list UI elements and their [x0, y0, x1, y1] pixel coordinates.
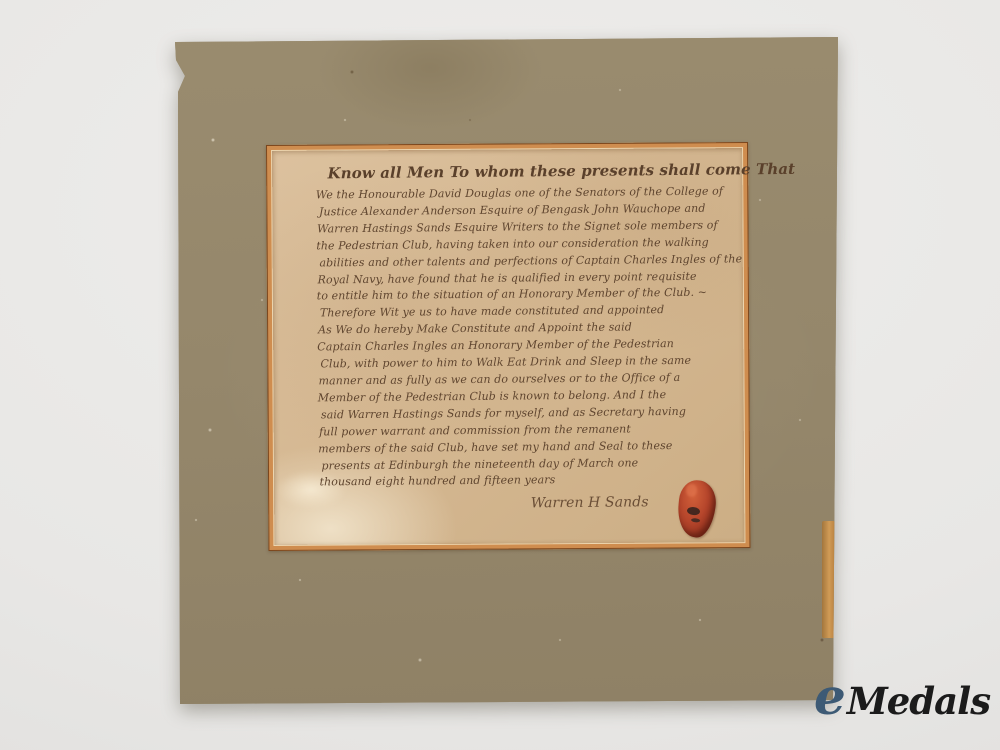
wax-seal [676, 479, 718, 539]
photo-backdrop: Know all Men To whom these presents shal… [0, 0, 1000, 750]
document-heading: Know all Men To whom these presents shal… [328, 159, 738, 184]
framed-document: Know all Men To whom these presents shal… [266, 142, 750, 551]
emedals-logo: e Medals [814, 672, 990, 722]
emedals-logo-text: Medals [847, 683, 990, 720]
document-text: Know all Men To whom these presents shal… [316, 159, 741, 514]
board-edge-chip [822, 521, 835, 638]
emedals-logo-e: e [814, 672, 846, 722]
document-paper: Know all Men To whom these presents shal… [272, 148, 744, 545]
document-line: thousand eight hundred and fifteen years [319, 471, 740, 492]
